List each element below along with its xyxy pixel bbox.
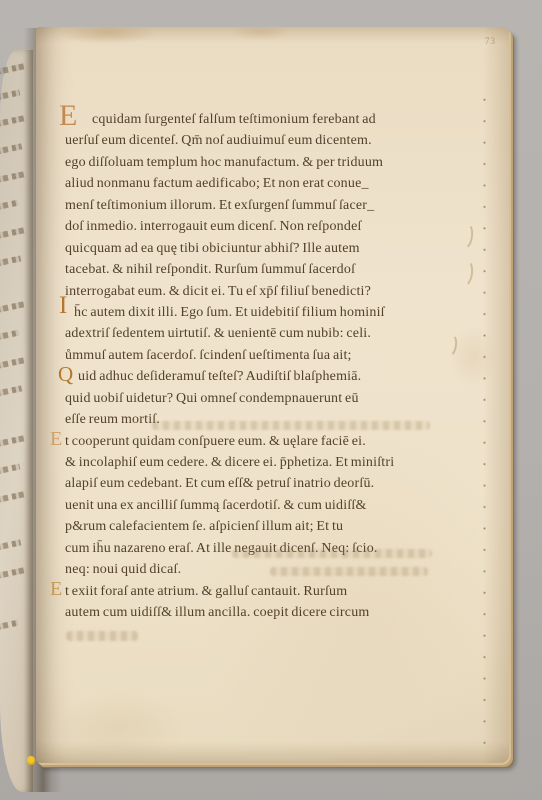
showthrough-line	[0, 491, 26, 503]
manuscript-line: autem cum uidiſſ& illum ancilla. coepit …	[65, 602, 485, 623]
showthrough-line	[0, 227, 26, 239]
illuminated-initial: E	[50, 429, 62, 450]
manuscript-line: I h̄c autem dixit illi. Ego ſum. Et uide…	[65, 302, 485, 323]
ink-showthrough	[66, 631, 138, 641]
manuscript-line: & incolaphiſ eum cedere. & dicere ei. p̄…	[65, 452, 485, 473]
illuminated-initial: Q	[58, 364, 73, 385]
line-text: cquidam ſurgenteſ falſum teſtimonium fer…	[92, 109, 376, 130]
line-text: alapiſ eum cedebant. Et cum eſſ& petruſ …	[65, 473, 374, 494]
manuscript-line: aliud nonmanu factum aedificabo; Et non …	[65, 173, 485, 194]
manuscript-line: E t exiit foraſ ante atrium. & galluſ ca…	[65, 581, 485, 602]
ink-showthrough	[152, 421, 430, 430]
showthrough-line	[0, 171, 26, 183]
showthrough-line	[0, 620, 18, 630]
manuscript-line: uerſuſ eum dicenteſ. Qm̄ noſ audiuimuſ e…	[65, 130, 485, 151]
showthrough-line	[0, 90, 20, 101]
line-text: & incolaphiſ eum cedere. & dicere ei. p̄…	[65, 452, 394, 473]
manuscript-line: interrogabat eum. & dicit ei. Tu eſ xp̄ſ…	[65, 281, 485, 302]
showthrough-line	[0, 435, 26, 447]
line-text: neq: noui quid dicaſ.	[65, 559, 181, 580]
showthrough-line	[0, 357, 26, 369]
manuscript-line: tacebat. & nihil reſpondit. Rurſum ſummu…	[65, 259, 485, 280]
illuminated-initial: I	[59, 295, 68, 316]
line-text: adextriſ ſedentem uirtutiſ. & uenientē c…	[65, 323, 371, 344]
manuscript-line: p&rum calefacientem ſe. aſpicienſ illum …	[65, 516, 485, 537]
text-block: E cquidam ſurgenteſ falſum teſtimonium f…	[65, 109, 485, 624]
line-text: doſ inmedio. interrogauit eum dicenſ. No…	[65, 216, 362, 237]
showthrough-line	[0, 63, 26, 75]
line-text: aliud nonmanu factum aedificabo; Et non …	[65, 173, 369, 194]
manuscript-line: uenit una ex ancilliſ ſummą ſacerdotiſ. …	[65, 495, 485, 516]
manuscript-line: quid uobiſ uidetur? Qui omneſ condempnau…	[65, 388, 485, 409]
manuscript-line: E cquidam ſurgenteſ falſum teſtimonium f…	[65, 109, 485, 130]
manuscript-line: doſ inmedio. interrogauit eum dicenſ. No…	[65, 216, 485, 237]
manuscript-line: ego diſſoluam templum hoc manufactum. & …	[65, 152, 485, 173]
manuscript-line: quicquam ad ea quę tibi obiciuntur abhiſ…	[65, 238, 485, 259]
illuminated-initial: E	[59, 105, 78, 126]
line-text: ego diſſoluam templum hoc manufactum. & …	[65, 152, 383, 173]
showthrough-line	[0, 330, 19, 341]
line-text: interrogabat eum. & dicit ei. Tu eſ xp̄ſ…	[65, 281, 371, 302]
line-text: ůmmuſ autem ſacerdoſ. ſcindenſ ueſtiment…	[65, 345, 352, 366]
ink-showthrough	[270, 567, 428, 576]
line-text: autem cum uidiſſ& illum ancilla. coepit …	[65, 602, 370, 623]
folio-number: 73	[485, 36, 496, 46]
line-text: t exiit foraſ ante atrium. & galluſ cant…	[65, 581, 347, 602]
manuscript-line: adextriſ ſedentem uirtutiſ. & uenientē c…	[65, 323, 485, 344]
line-text: uerſuſ eum dicenteſ. Qm̄ noſ audiuimuſ e…	[65, 130, 372, 151]
manuscript-line: Q uid adhuc deſideramuſ teſteſ? Audiſtiſ…	[65, 366, 485, 387]
line-text: eſſe reum mortiſ.	[65, 409, 160, 430]
ink-showthrough	[232, 549, 432, 558]
line-text: uid adhuc deſideramuſ teſteſ? Audiſtiſ b…	[78, 366, 361, 387]
line-text: quid uobiſ uidetur? Qui omneſ condempnau…	[65, 388, 359, 409]
showthrough-line	[0, 143, 22, 154]
showthrough-line	[0, 464, 20, 475]
showthrough-line	[0, 301, 26, 313]
showthrough-line	[0, 115, 26, 127]
manuscript-line: ůmmuſ autem ſacerdoſ. ſcindenſ ueſtiment…	[65, 345, 485, 366]
illuminated-initial: E	[50, 579, 62, 600]
showthrough-line	[0, 567, 26, 579]
manuscript-line: E t cooperunt quidam conſpuere eum. & uę…	[65, 431, 485, 452]
showthrough-line	[0, 385, 22, 396]
manuscript-line: menſ teſtimonium illorum. Et exſurgenſ ſ…	[65, 195, 485, 216]
showthrough-line	[0, 539, 21, 550]
line-text: menſ teſtimonium illorum. Et exſurgenſ ſ…	[65, 195, 374, 216]
manuscript-page: 73 E cquidam ſurgenteſ falſum teſtimoniu…	[36, 27, 509, 763]
line-text: uenit una ex ancilliſ ſummą ſacerdotiſ. …	[65, 495, 367, 516]
line-text: p&rum calefacientem ſe. aſpicienſ illum …	[65, 516, 343, 537]
line-text: h̄c autem dixit illi. Ego ſum. Et uidebi…	[74, 302, 385, 323]
line-text: tacebat. & nihil reſpondit. Rurſum ſummu…	[65, 259, 355, 280]
yellow-marker-dot	[27, 756, 35, 765]
showthrough-line	[0, 200, 18, 210]
line-text: t cooperunt quidam conſpuere eum. & uęla…	[65, 431, 366, 452]
showthrough-line	[0, 255, 21, 266]
manuscript-line: alapiſ eum cedebant. Et cum eſſ& petruſ …	[65, 473, 485, 494]
line-text: quicquam ad ea quę tibi obiciuntur abhiſ…	[65, 238, 360, 259]
manuscript-photo: 73 E cquidam ſurgenteſ falſum teſtimoniu…	[0, 0, 542, 800]
